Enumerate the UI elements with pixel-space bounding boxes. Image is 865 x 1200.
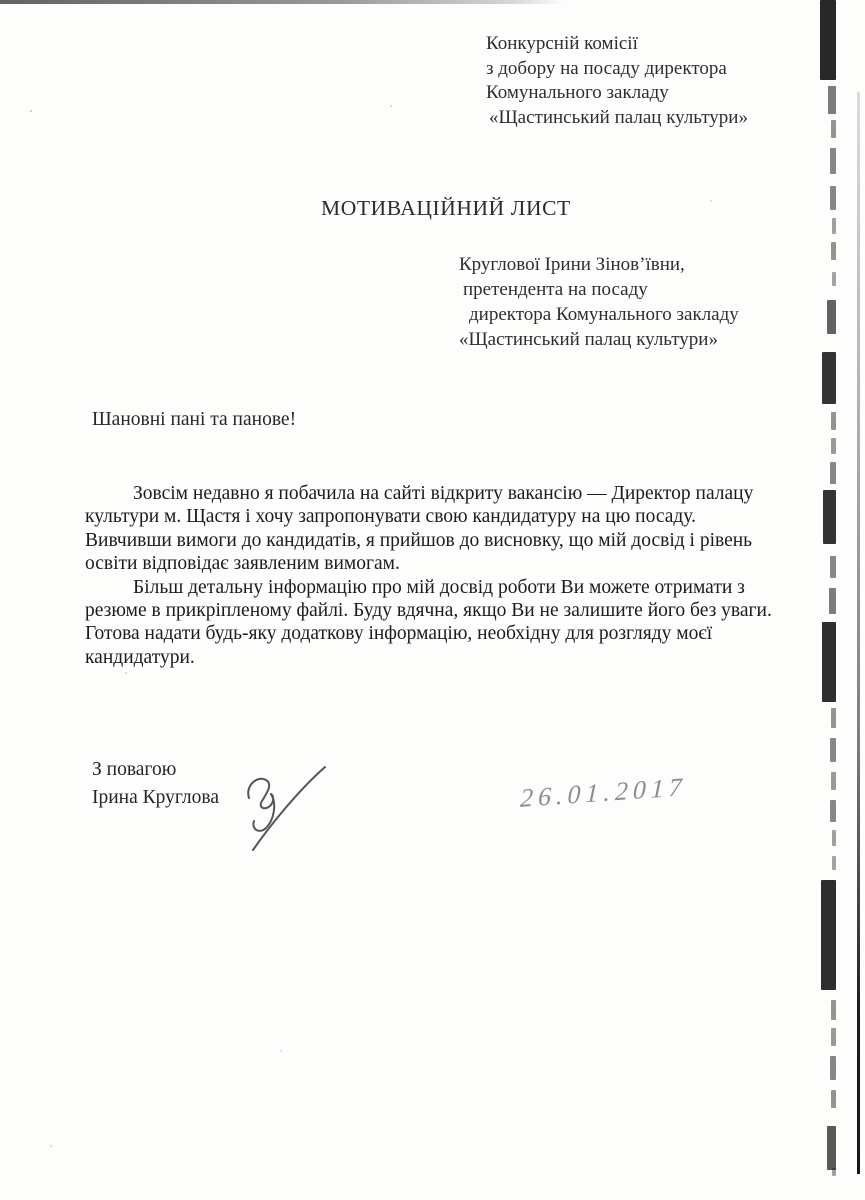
document-title: МОТИВАЦІЙНИЙ ЛИСТ [321,196,571,221]
body-paragraph: Зовсім недавно я побачила на сайті відкр… [85,482,793,529]
scan-top-edge-artifact [0,0,565,4]
scan-right-edge-line [857,92,860,1174]
recipient-line: з добору на посаду директора [486,57,748,82]
scan-binding-edge-artifact [816,0,838,1200]
applicant-line: директора Комунального закладу [459,302,739,327]
applicant-line: Круглової Ірини Зінов’ївни, [459,252,739,277]
letter-body: Зовсім недавно я побачила на сайті відкр… [85,482,793,669]
scan-speckles [30,110,32,112]
salutation: Шановні пані та панове! [92,409,296,431]
recipient-line: Комунального закладу [486,81,748,106]
applicant-block: Круглової Ірини Зінов’ївни, претендента … [459,252,739,352]
handwritten-signature [233,762,333,854]
scanned-letter-page: Конкурсній комісії з добору на посаду ди… [0,0,865,1200]
applicant-line: претендента на посаду [459,277,739,302]
applicant-line: «Щастинський палац культури» [459,327,739,352]
recipient-block: Конкурсній комісії з добору на посаду ди… [486,32,748,130]
closing-block: З повагою Ірина Круглова [92,756,219,811]
valediction: З повагою [92,756,219,784]
recipient-line: Конкурсній комісії [486,32,748,57]
signer-name: Ірина Круглова [92,784,219,812]
handwritten-date: 26.01.2017 [520,772,688,814]
recipient-line: «Щастинський палац культури» [486,106,748,131]
body-paragraph: Більш детальну інформацію про мій досвід… [85,576,793,670]
body-paragraph: Вивчивши вимоги до кандидатів, я прийшов… [85,529,793,576]
